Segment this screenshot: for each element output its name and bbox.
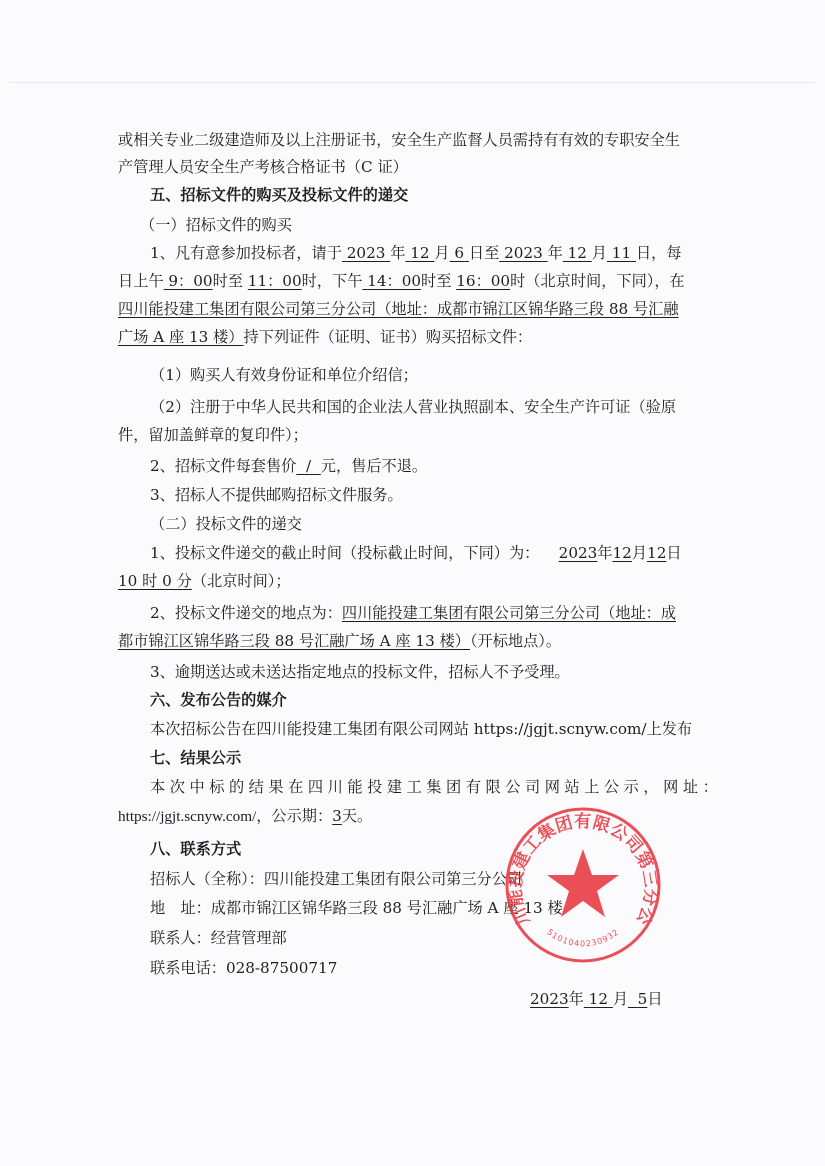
start-year: 2023 <box>342 244 390 262</box>
char: 工 <box>407 777 422 797</box>
char: 集 <box>426 777 441 797</box>
purchase-period-line: 1、凡有意参加投标者，请于 2023 年 12 月 6 日至 2023 年 12… <box>150 243 750 263</box>
char: 能 <box>347 777 362 797</box>
document-page: 或相关专业二级建造师及以上注册证书，安全生产监督人员需持有有效的专职安全生 产管… <box>0 0 825 1166</box>
date-year: 2023 <box>530 990 569 1008</box>
submission-place-line-2: 都市锦江区锦华路三段 88 号汇融广场 A 座 13 楼）（开标地点）。 <box>118 631 718 651</box>
requirement-2-line-2: 件，留加盖鲜章的复印件）； <box>118 425 718 445</box>
late-submission-line: 3、逾期送达或未送达指定地点的投标文件，招标人不予受理。 <box>150 662 750 682</box>
date-month: 12 <box>584 990 613 1008</box>
date-day: 5 <box>628 990 647 1008</box>
char: 站 <box>564 777 579 797</box>
text: 日上午 <box>118 272 164 290</box>
text: 元，售后不退。 <box>321 457 427 475</box>
result-url: https://jgjt.scnyw.com/，公示期： <box>118 808 332 825</box>
purchase-address-line-2: 广场 A 座 13 楼）持下列证件（证明、证书）购买招标文件： <box>118 327 718 347</box>
char: 建 <box>387 777 402 797</box>
requirement-1: （1）购买人有效身份证和单位介绍信； <box>150 365 750 385</box>
char: ， <box>643 777 658 797</box>
char: 标 <box>209 777 224 797</box>
text: （开标地点）。 <box>470 632 561 650</box>
address-tail: 广场 A 座 13 楼） <box>118 328 244 346</box>
deadline-line: 1、投标文件递交的截止时间（投标截止时间，下同）为： 2023年12月12日 <box>150 543 750 563</box>
char: 示 <box>624 777 639 797</box>
text: 年 <box>548 244 563 262</box>
char: 本 <box>150 777 165 797</box>
qualification-line-2: 产管理人员安全生产考核合格证书（C 证） <box>118 157 718 177</box>
am-start: 9：00 <box>164 272 213 290</box>
text: 时至 <box>421 272 451 290</box>
publicity-days: 3 <box>332 807 342 825</box>
text: （北京时间）； <box>192 572 291 590</box>
text: 1、凡有意参加投标者，请于 <box>150 244 342 262</box>
svg-text:5101040230932: 5101040230932 <box>545 927 621 948</box>
section-5-subheading-2: （二）投标文件的递交 <box>150 514 750 534</box>
submission-address-tail: 都市锦江区锦华路三段 88 号汇融广场 A 座 13 楼） <box>118 632 470 650</box>
text: 时，下午 <box>302 272 363 290</box>
char: 公 <box>604 777 619 797</box>
deadline-month: 12 <box>613 544 632 562</box>
text: 时至 <box>213 272 243 290</box>
char: 川 <box>328 777 343 797</box>
text: 日，每 <box>636 244 682 262</box>
text: 日 <box>647 990 662 1008</box>
section-6-text: 本次招标公告在四川能投建工集团有限公司网站 https://jgjt.scnyw… <box>150 719 750 739</box>
price-line: 2、招标文件每套售价 / 元，售后不退。 <box>150 456 750 476</box>
am-end: 11：00 <box>248 272 302 290</box>
deadline-time-line: 10 时 0 分（北京时间）； <box>118 571 718 591</box>
qualification-line-1: 或相关专业二级建造师及以上注册证书，安全生产监督人员需持有有效的专职安全生 <box>118 130 718 150</box>
text: 2、投标文件递交的地点为： <box>150 604 342 622</box>
section-7-text: 本次中标的结果在四川能投建工集团有限公司网站上公示，网址： <box>150 777 718 797</box>
text: 持下列证件（证明、证书）购买招标文件： <box>244 328 533 346</box>
char: 的 <box>229 777 244 797</box>
text: 年 <box>597 544 612 562</box>
purchase-address-line: 四川能投建工集团有限公司第三分公司（地址：成都市锦江区锦华路三段 88 号汇融 <box>118 299 718 319</box>
pm-start: 14：00 <box>362 272 421 290</box>
purchase-hours-line: 日上午 9：00时至 11：00时，下午 14：00时至 16：00时（北京时间… <box>118 271 718 291</box>
text: 日 <box>666 544 681 562</box>
requirement-2-line-1: （2）注册于中华人民共和国的企业法人营业执照副本、安全生产许可证（验原 <box>150 397 750 417</box>
end-day: 11 <box>607 244 636 262</box>
text: 天。 <box>342 807 372 825</box>
char: 址 <box>683 777 698 797</box>
char: 上 <box>584 777 599 797</box>
char: 网 <box>663 777 678 797</box>
text: 年 <box>390 244 405 262</box>
text: 月 <box>632 544 647 562</box>
section-5-heading: 五、招标文件的购买及投标文件的递交 <box>150 185 750 205</box>
char: 次 <box>170 777 185 797</box>
start-day: 6 <box>450 244 469 262</box>
deadline-year: 2023 <box>559 544 598 562</box>
submission-place-line: 2、投标文件递交的地点为：四川能投建工集团有限公司第三分公司（地址：成 <box>150 603 750 623</box>
price-value: / <box>296 457 320 475</box>
text: 月 <box>613 990 628 1008</box>
section-6-heading: 六、发布公告的媒介 <box>150 690 750 710</box>
char: 网 <box>545 777 560 797</box>
char: 在 <box>288 777 303 797</box>
text: 时（北京时间，下同），在 <box>510 272 685 290</box>
text: 月 <box>434 244 449 262</box>
text: 日至 <box>469 244 499 262</box>
company-seal-icon: 四川能投建工集团有限公司第三分公司 5101040230932 <box>503 805 663 965</box>
text: 2、招标文件每套售价 <box>150 457 296 475</box>
char: 司 <box>525 777 540 797</box>
signature-date: 2023年 12 月 5日 <box>530 989 690 1009</box>
char: 四 <box>308 777 323 797</box>
text: 月 <box>592 244 607 262</box>
end-year: 2023 <box>499 244 547 262</box>
end-month: 12 <box>563 244 592 262</box>
char: 投 <box>367 777 382 797</box>
pm-end: 16：00 <box>456 272 510 290</box>
section-5-subheading-1: （一）招标文件的购买 <box>140 215 740 235</box>
submission-address: 四川能投建工集团有限公司第三分公司（地址：成 <box>342 604 676 622</box>
scan-artifact <box>10 82 815 83</box>
char: 限 <box>485 777 500 797</box>
text: 年 <box>569 990 584 1008</box>
char: 团 <box>446 777 461 797</box>
start-month: 12 <box>405 244 434 262</box>
char: ： <box>703 777 718 797</box>
char: 公 <box>505 777 520 797</box>
char: 中 <box>189 777 204 797</box>
no-mail-line: 3、招标人不提供邮购招标文件服务。 <box>150 485 750 505</box>
char: 有 <box>466 777 481 797</box>
section-7-heading: 七、结果公示 <box>150 748 750 768</box>
char: 结 <box>249 777 264 797</box>
deadline-day: 12 <box>647 544 666 562</box>
text: 1、投标文件递交的截止时间（投标截止时间，下同）为： <box>150 544 539 562</box>
char: 果 <box>268 777 283 797</box>
deadline-time: 10 时 0 分 <box>118 572 192 590</box>
